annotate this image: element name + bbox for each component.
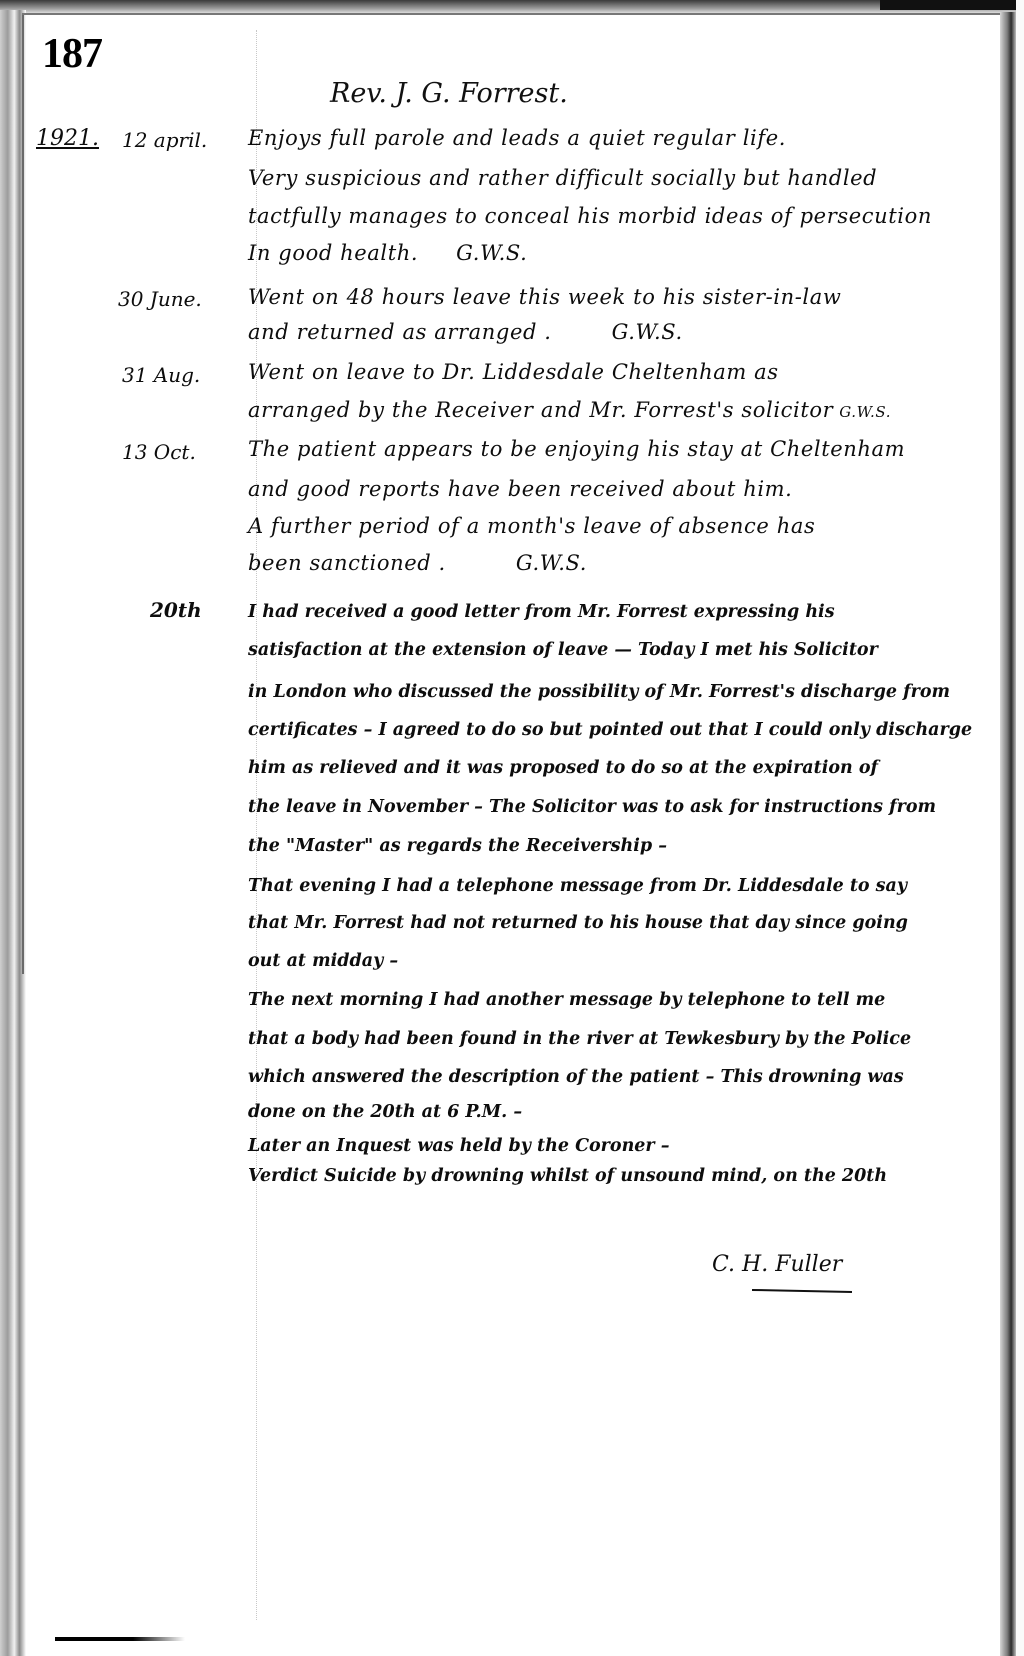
entry-line: A further period of a month's leave of a… [248, 514, 815, 538]
patient-name-heading: Rev. J. G. Forrest. [330, 78, 568, 109]
entry-line: tactfully manages to conceal his morbid … [248, 204, 932, 228]
entry-line: in London who discussed the possibility … [248, 682, 950, 702]
entry-line-with-initials: been sanctioned .G.W.S. [248, 551, 587, 575]
entry-line-with-initials: In good health.G.W.S. [248, 241, 527, 265]
entry-initials: G.W.S. [839, 403, 891, 421]
entry-date: 20th [150, 598, 202, 622]
entry-year: 1921. [36, 126, 99, 151]
entry-date: 31 Aug. [122, 363, 200, 387]
signature-underline [752, 1289, 852, 1293]
page-top-corner-shadow [880, 0, 1024, 10]
entry-line: That evening I had a telephone message f… [248, 876, 907, 896]
entry-line: done on the 20th at 6 P.M. – [248, 1102, 522, 1122]
page-left-rule [22, 14, 24, 974]
entry-line: certificates – I agreed to do so but poi… [248, 720, 972, 740]
page-top-shadow [0, 0, 1024, 14]
entry-initials: G.W.S. [612, 320, 683, 344]
entry-line: I had received a good letter from Mr. Fo… [248, 602, 835, 622]
entry-line: Went on leave to Dr. Liddesdale Cheltenh… [248, 360, 779, 384]
entry-date: 13 Oct. [122, 440, 196, 464]
entry-line: that Mr. Forrest had not returned to his… [248, 913, 908, 933]
entry-line-with-initials: arranged by the Receiver and Mr. Forrest… [248, 398, 891, 422]
entry-initials: G.W.S. [456, 241, 527, 265]
page-top-rule [22, 13, 1007, 15]
entry-line: him as relieved and it was proposed to d… [248, 758, 878, 778]
entry-initials: G.W.S. [516, 551, 587, 575]
entry-line: Enjoys full parole and leads a quiet reg… [248, 126, 786, 150]
entry-text: arranged by the Receiver and Mr. Forrest… [248, 398, 833, 422]
entry-date: 30 June. [118, 287, 202, 311]
page-number: 187 [42, 30, 102, 78]
entry-line: the leave in November – The Solicitor wa… [248, 797, 936, 817]
page-outer-margin [1016, 0, 1024, 1656]
entry-line: Went on 48 hours leave this week to his … [248, 285, 841, 309]
entry-line: which answered the description of the pa… [248, 1067, 904, 1087]
entry-date: 12 april. [122, 128, 207, 152]
entry-line: The next morning I had another message b… [248, 990, 885, 1010]
entry-line: Very suspicious and rather difficult soc… [248, 166, 877, 190]
entry-text: In good health. [248, 241, 418, 265]
entry-line: Later an Inquest was held by the Coroner… [248, 1136, 670, 1156]
entry-line: Verdict Suicide by drowning whilst of un… [248, 1166, 887, 1186]
entry-line: the "Master" as regards the Receivership… [248, 836, 667, 856]
entry-line: satisfaction at the extension of leave —… [248, 640, 878, 660]
entry-line: and good reports have been received abou… [248, 477, 792, 501]
entry-line: that a body had been found in the river … [248, 1029, 911, 1049]
entry-line: out at midday – [248, 951, 398, 971]
date-column-rule [256, 30, 258, 1620]
signature: C. H. Fuller [712, 1252, 842, 1277]
bottom-edge-mark [55, 1637, 185, 1641]
entry-line: The patient appears to be enjoying his s… [248, 437, 905, 461]
entry-text: been sanctioned . [248, 551, 446, 575]
book-right-edge-shadow [1000, 12, 1016, 1656]
entry-line-with-initials: and returned as arranged .G.W.S. [248, 320, 683, 344]
entry-text: and returned as arranged . [248, 320, 552, 344]
